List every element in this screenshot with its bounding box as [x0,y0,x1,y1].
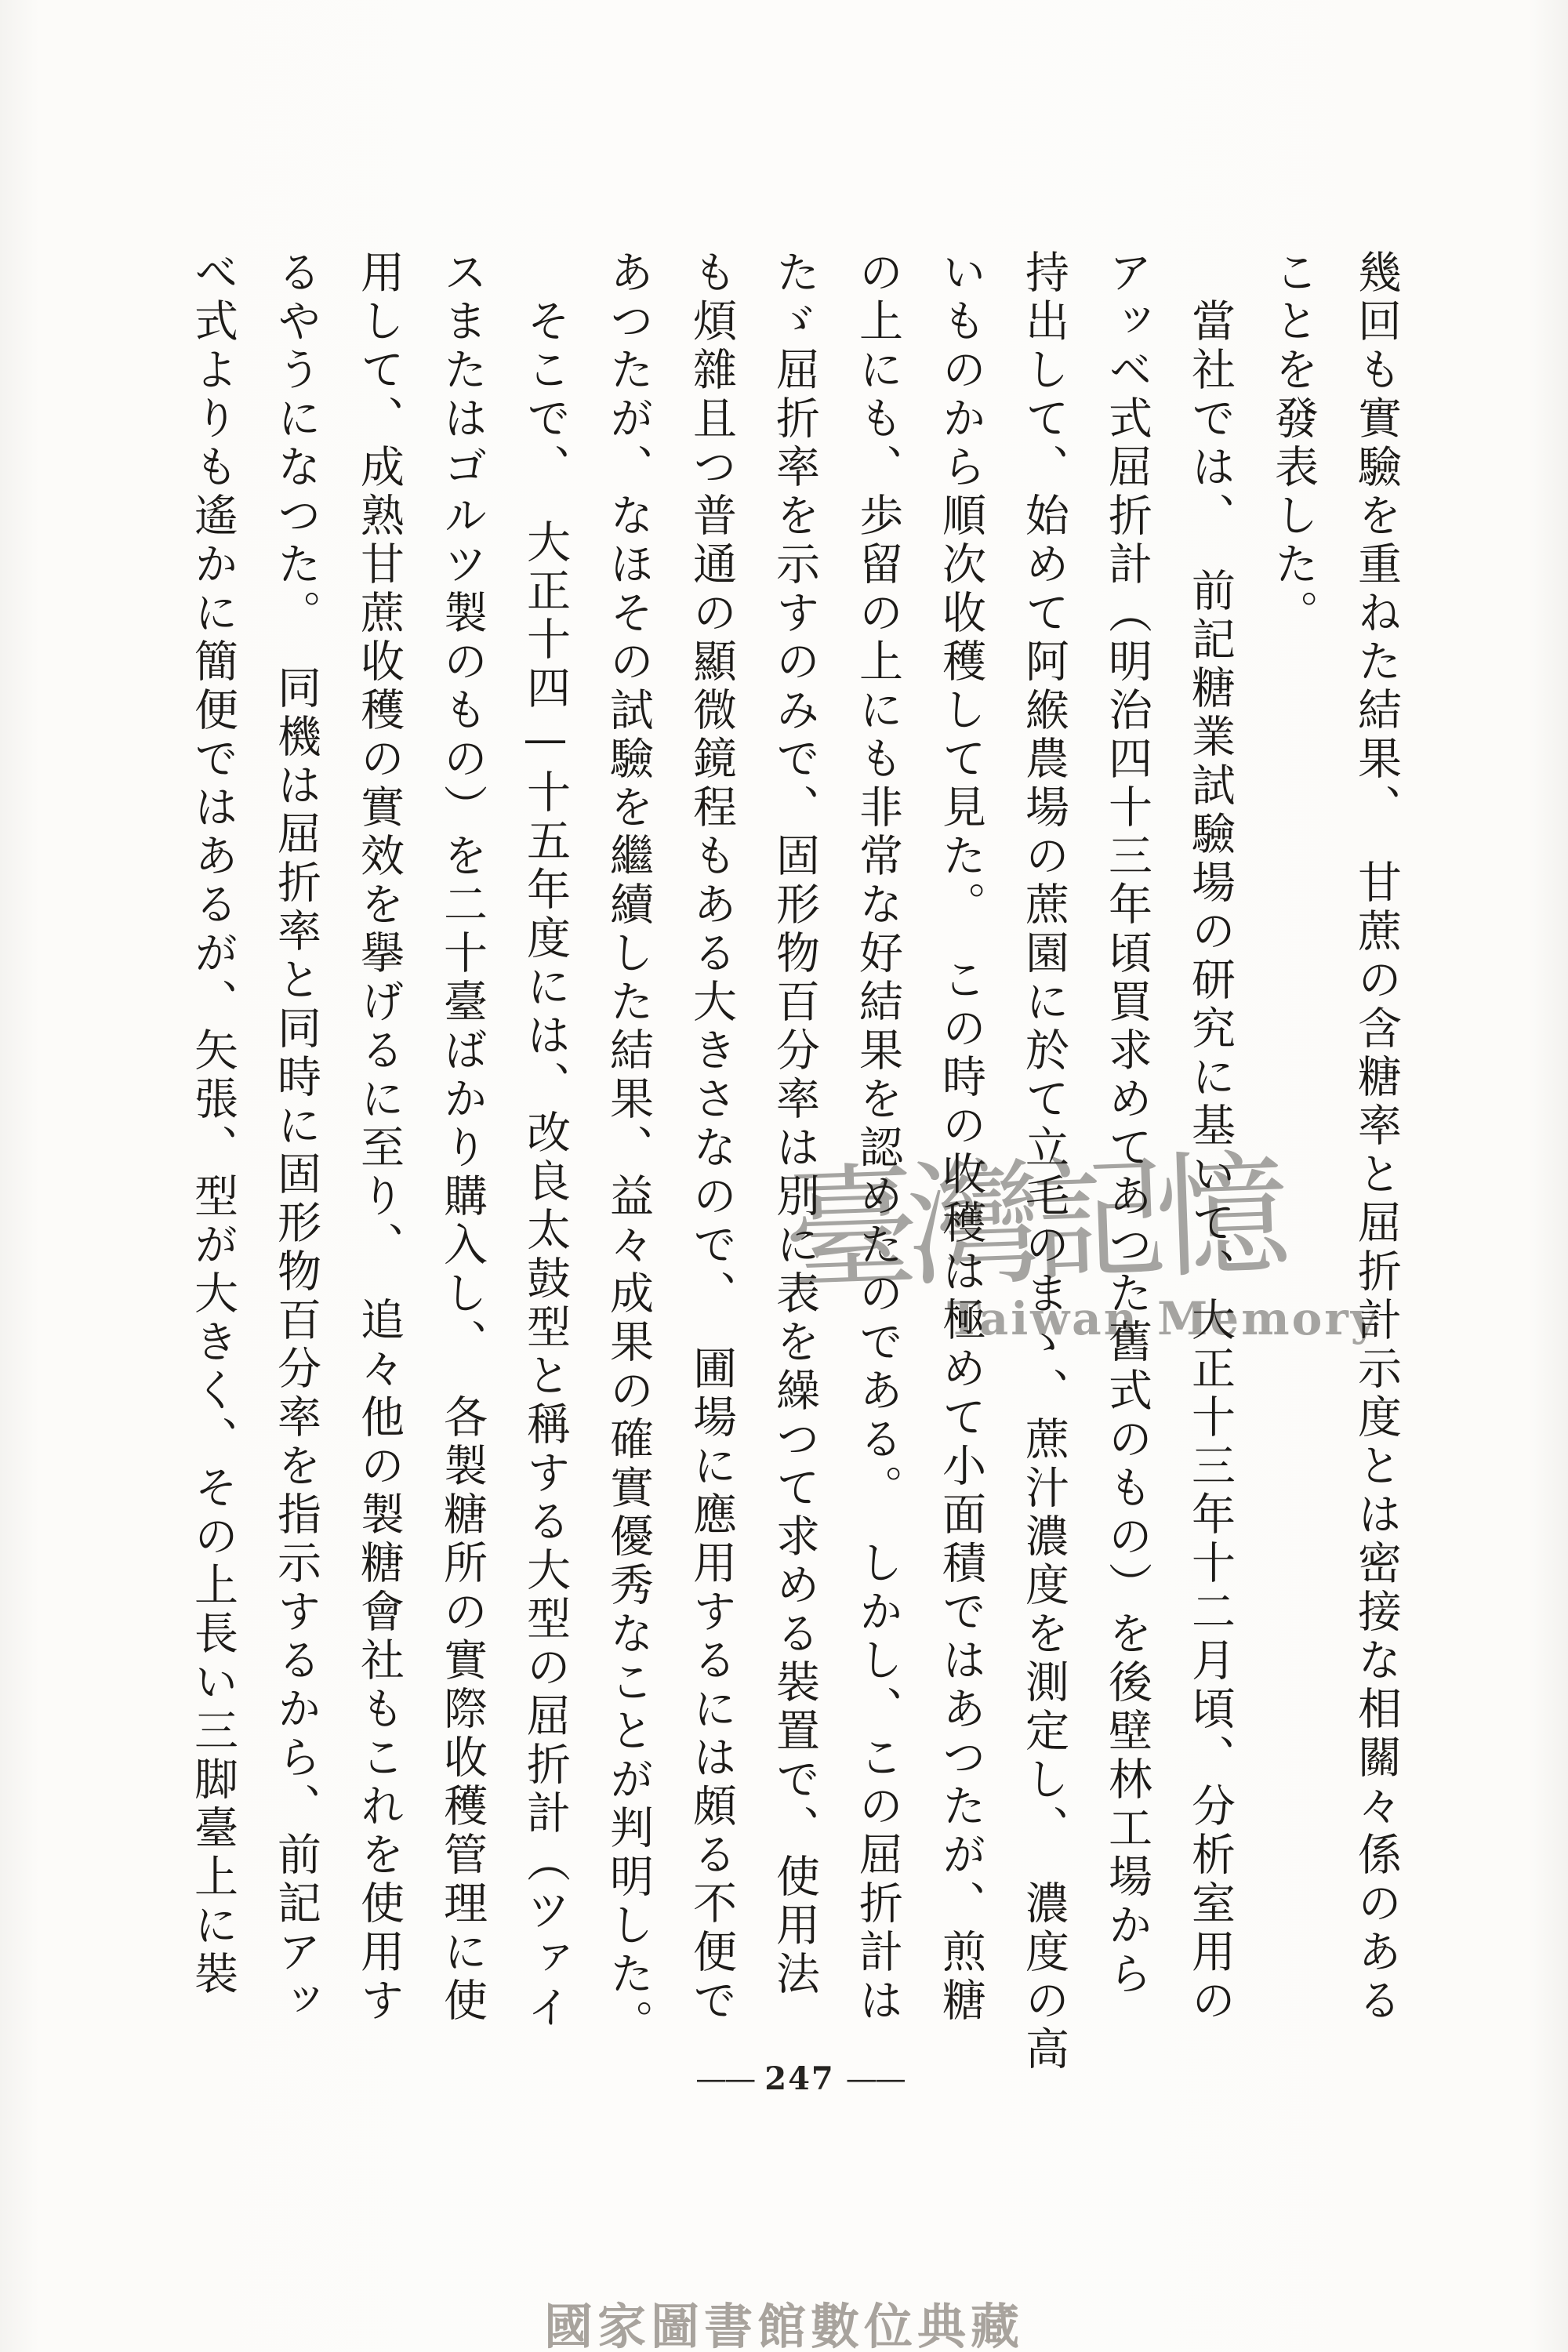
page-number: ——247—— [690,2060,909,2097]
body-text-block: 幾回も實驗を重ねた結果、 甘蔗の含糖率と屈折計示度とは密接な相關々係のある こと… [171,249,1417,2068]
page-number-rule-right: —— [846,2061,904,2097]
text-column-9: も煩雜且つ普通の顯微鏡程もある大きさなので、 圃場に應用するには頗る不便で [670,249,753,2053]
text-column-5: 持出して、始めて阿緱農場の蔗園に於て立毛のまゝ、蔗汁濃度を測定し、 濃度の高 [1002,249,1085,2053]
scanned-book-page: 臺灣記憶 Taiwan Memory 幾回も實驗を重ねた結果、 甘蔗の含糖率と屈… [0,0,1568,2352]
text-column-1: 幾回も實驗を重ねた結果、 甘蔗の含糖率と屈折計示度とは密接な相關々係のある [1334,249,1417,2053]
text-column-8: たゞ屈折率を示すのみで、固形物百分率は別に表を繰つて求める裝置で、使用法 [753,249,836,2053]
text-column-4: アッベ式屈折計（明治四十三年頃買求めてあつた舊式のもの）を後壁林工場から [1085,249,1168,2053]
text-column-7: の上にも、歩留の上にも非常な好結果を認めたのである。 しかし、この屈折計は [836,249,919,2053]
text-column-14: るやうになつた。 同機は屈折率と同時に固形物百分率を指示するから、前記アッ [254,249,337,2053]
text-column-15: べ式よりも遙かに簡便ではあるが、矢張、型が大きく、その上長い三脚臺上に裝 [171,249,254,2053]
text-column-10: あつたが、なほその試驗を繼續した結果、益々成果の確實優秀なことが判明した。 [586,249,670,2053]
library-digital-archive-banner: 國家圖書館數位典藏 [0,2288,1568,2352]
text-column-3: 當社では、 前記糖業試驗場の研究に基いて、大正十三年十二月頃、分析室用の [1168,249,1251,2053]
page-number-rule-left: —— [695,2061,753,2097]
text-column-13: 用して、成熟甘蔗收穫の實效を擧げるに至り、 追々他の製糖會社もこれを使用す [337,249,420,2053]
text-column-6: いものから順次收穫して見た。 この時の收穫は極めて小面積ではあつたが、煎糖 [919,249,1002,2053]
text-column-12: スまたはゴルツ製のもの）を二十臺ばかり購入し、 各製糖所の實際收穫管理に使 [420,249,503,2053]
text-column-11: そこで、 大正十四—十五年度には、改良太鼓型と稱する大型の屈折計（ツァイ [503,249,586,2053]
text-column-2: ことを發表した。 [1251,249,1334,2053]
page-number-value: 247 [753,2060,846,2097]
